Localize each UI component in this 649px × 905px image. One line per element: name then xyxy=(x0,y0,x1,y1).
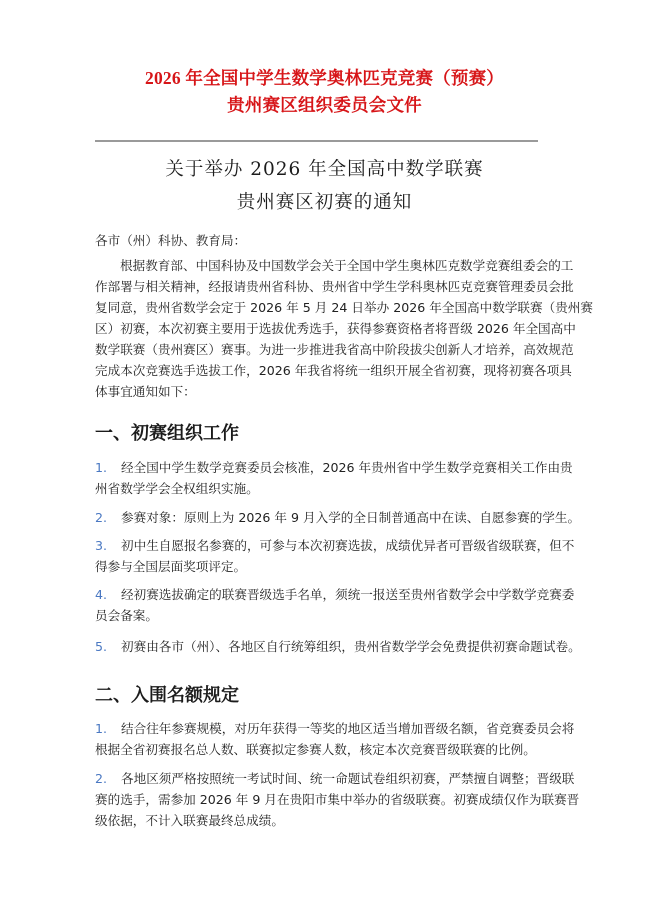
intro-paragraph: 根据教育部、中国科协及中国数学会关于全国中学生奥林匹克数学竞赛组委会的工 作部署… xyxy=(95,255,557,402)
list-text: 初赛由各市（州）、各地区自行统筹组织，贵州省数学学会免费提供初赛命题试卷。 xyxy=(121,639,581,654)
section-heading-quota: 二、入围名额规定 xyxy=(95,684,239,708)
list-number: 2. xyxy=(95,768,121,789)
list-number: 4. xyxy=(95,584,121,605)
intro-line: 区）初赛，本次初赛主要用于选拔优秀选手，获得参赛资格者将晋级 2026 年全国高… xyxy=(95,318,557,339)
list-item: 2.参赛对象：原则上为 2026 年 9 月入学的全日制普通高中在读、自愿参赛的… xyxy=(95,507,557,528)
list-number: 2. xyxy=(95,507,121,528)
list-text: 参赛对象：原则上为 2026 年 9 月入学的全日制普通高中在读、自愿参赛的学生… xyxy=(121,510,580,525)
list-text: 赛的选手，需参加 2026 年 9 月在贵阳市集中举办的省级联赛。初赛成绩仅作为… xyxy=(95,789,557,810)
intro-line: 复同意，贵州省数学会定于 2026 年 5 月 24 日举办 2026 年全国高… xyxy=(95,297,557,318)
list-text: 初中生自愿报名参赛的，可参与本次初赛选拔，成绩优异者可晋级省级联赛，但不 xyxy=(121,538,574,553)
list-item: 5.初赛由各市（州）、各地区自行统筹组织，贵州省数学学会免费提供初赛命题试卷。 xyxy=(95,636,557,657)
list-text: 得参与全国层面奖项评定。 xyxy=(95,556,557,577)
list-text: 经全国中学生数学竞赛委员会核准，2026 年贵州省中学生数学竞赛相关工作由贵 xyxy=(121,460,573,475)
document-header-title-line2: 贵州赛区组织委员会文件 xyxy=(0,95,649,115)
notice-title-line1: 关于举办 2026 年全国高中数学联赛 xyxy=(0,159,649,181)
intro-line: 数学联赛（贵州赛区）赛事。为进一步推进我省高中阶段拔尖创新人才培养，高效规范 xyxy=(95,339,557,360)
list-item: 4.经初赛选拔确定的联赛晋级选手名单，须统一报送至贵州省数学会中学数学竞赛委 员… xyxy=(95,584,557,626)
intro-line: 作部署与相关精神，经报请贵州省科协、贵州省中学生学科奥林匹克竞赛管理委员会批 xyxy=(95,276,557,297)
list-text: 各地区须严格按照统一考试时间、统一命题试卷组织初赛，严禁擅自调整；晋级联 xyxy=(121,771,574,786)
list-number: 1. xyxy=(95,718,121,739)
list-text: 结合往年参赛规模，对历年获得一等奖的地区适当增加晋级名额，省竞赛委员会将 xyxy=(121,721,574,736)
section-heading-organization: 一、初赛组织工作 xyxy=(95,422,239,446)
list-text: 员会备案。 xyxy=(95,605,557,626)
list-item: 1.经全国中学生数学竞赛委员会核准，2026 年贵州省中学生数学竞赛相关工作由贵… xyxy=(95,457,557,499)
notice-title-line2: 贵州赛区初赛的通知 xyxy=(0,192,649,214)
list-number: 3. xyxy=(95,535,121,556)
list-number: 1. xyxy=(95,457,121,478)
list-item: 1.结合往年参赛规模，对历年获得一等奖的地区适当增加晋级名额，省竞赛委员会将 根… xyxy=(95,718,557,760)
list-text: 州省数学学会全权组织实施。 xyxy=(95,478,557,499)
header-divider xyxy=(95,140,538,142)
document-header-title-line1: 2026 年全国中学生数学奥林匹克竞赛（预赛） xyxy=(0,68,649,88)
list-text: 根据全省初赛报名总人数、联赛拟定参赛人数，核定本次竞赛晋级联赛的比例。 xyxy=(95,739,557,760)
intro-line: 完成本次竞赛选手选拔工作，2026 年我省将统一组织开展全省初赛，现将初赛各项具 xyxy=(95,360,557,381)
intro-line: 体事宜通知如下： xyxy=(95,381,557,402)
list-number: 5. xyxy=(95,636,121,657)
list-text: 级依据，不计入联赛最终总成绩。 xyxy=(95,810,557,831)
intro-line: 根据教育部、中国科协及中国数学会关于全国中学生奥林匹克数学竞赛组委会的工 xyxy=(95,255,557,276)
list-text: 经初赛选拔确定的联赛晋级选手名单，须统一报送至贵州省数学会中学数学竞赛委 xyxy=(121,587,574,602)
salutation: 各市（州）科协、教育局： xyxy=(95,230,557,251)
document-page: 2026 年全国中学生数学奥林匹克竞赛（预赛） 贵州赛区组织委员会文件 关于举办… xyxy=(0,0,649,905)
list-item: 3.初中生自愿报名参赛的，可参与本次初赛选拔，成绩优异者可晋级省级联赛，但不 得… xyxy=(95,535,557,577)
list-item: 2.各地区须严格按照统一考试时间、统一命题试卷组织初赛，严禁擅自调整；晋级联 赛… xyxy=(95,768,557,831)
